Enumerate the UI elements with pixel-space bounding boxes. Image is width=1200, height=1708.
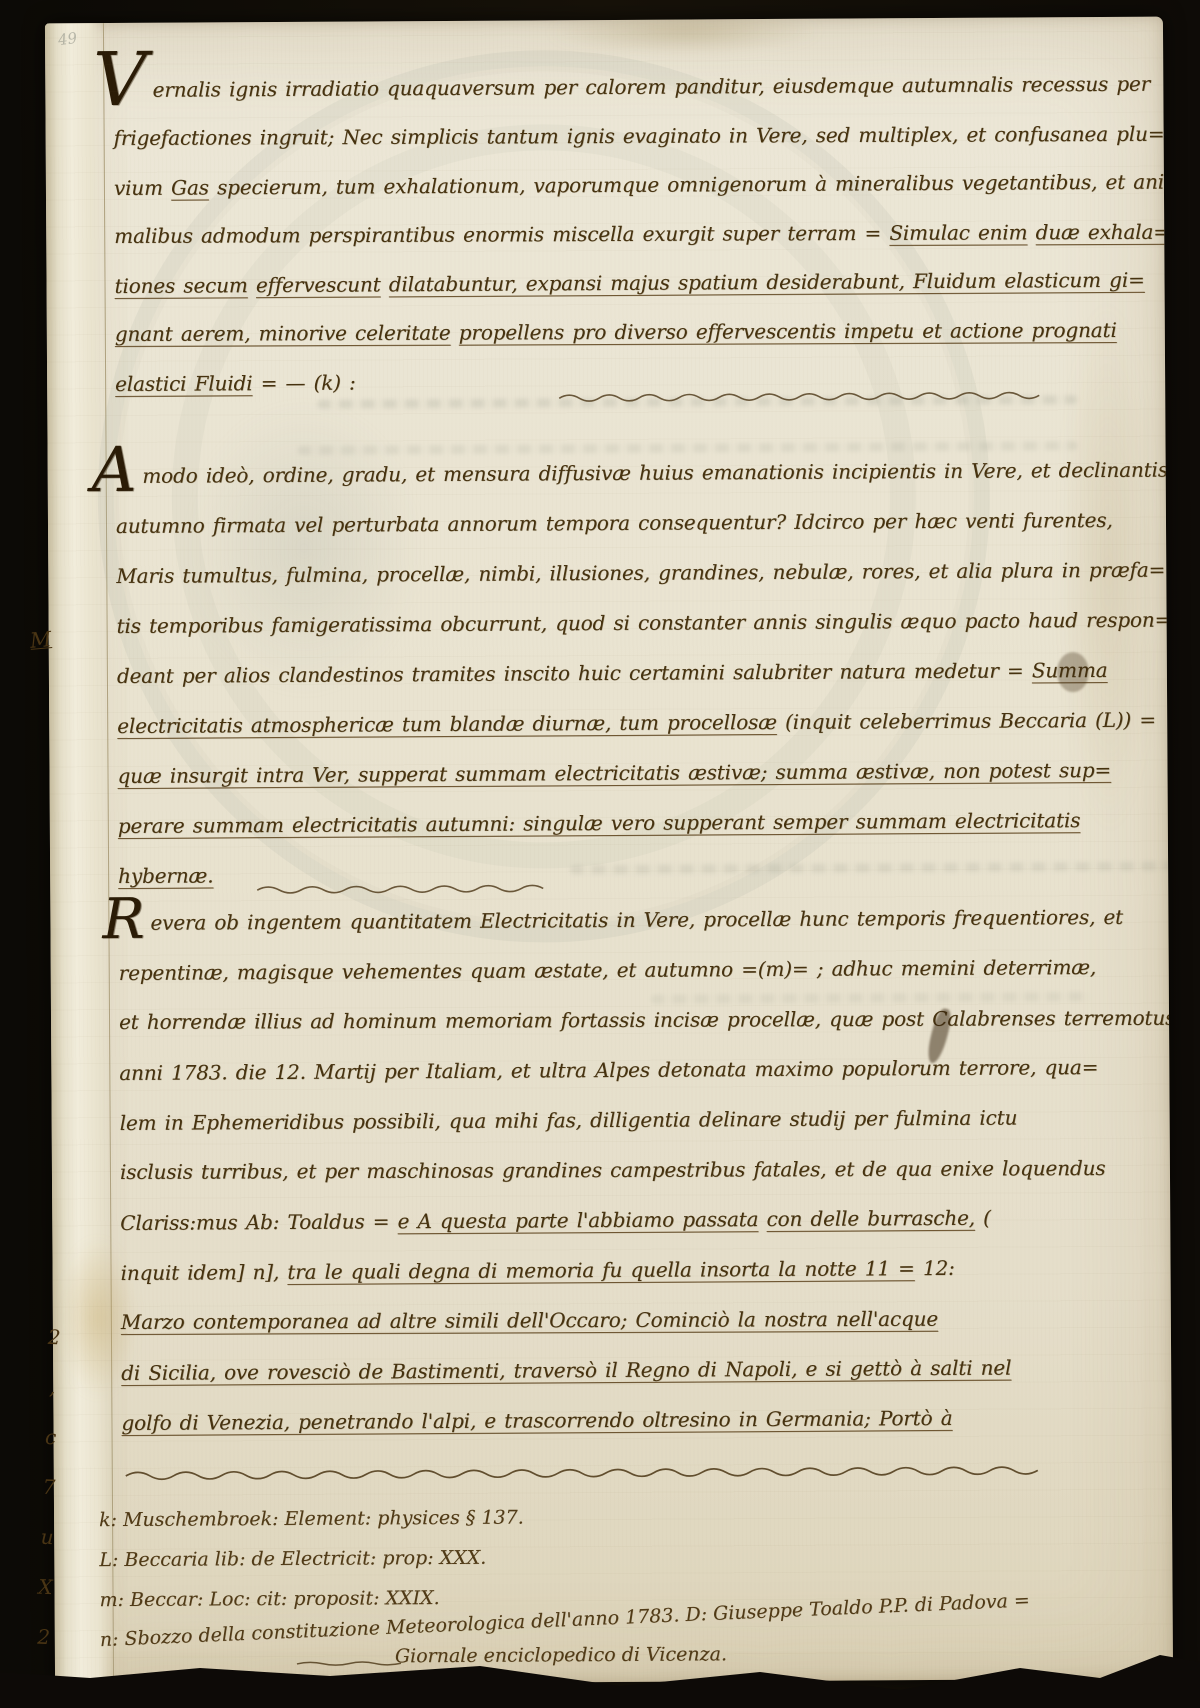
ink-blot (1057, 652, 1089, 692)
manuscript-line: lem in Ephemeridibus possibili, qua mihi… (119, 1092, 1099, 1148)
spine-mark: X (28, 1561, 64, 1612)
manuscript-scan: Vernalis ignis irradiatio quaquaversum p… (0, 0, 1200, 1708)
footnote-divider (124, 1459, 1054, 1481)
margin-letter: M (29, 627, 53, 653)
spine-mark: 2 (26, 1611, 62, 1662)
manuscript-line: deant per alios clandestinos tramites in… (117, 645, 1097, 701)
manuscript-line: Vernalis ignis irradiatio quaquaversum p… (113, 60, 1093, 115)
manuscript-page: Vernalis ignis irradiatio quaquaversum p… (45, 17, 1173, 1686)
manuscript-line: tis temporibus famigeratissima obcurrunt… (116, 595, 1096, 651)
spine-mark: , (35, 1361, 71, 1412)
paper-stain (545, 17, 825, 55)
manuscript-line: malibus admodum perspirantibus enormis m… (114, 208, 1094, 261)
spine-mark: c (33, 1411, 69, 1462)
footnote-line: L: Beccaria lib: de Electricit: prop: XX… (99, 1534, 1119, 1580)
paragraph-vernalis: Vernalis ignis irradiatio quaquaversum p… (113, 60, 1095, 409)
spine-mark: 7 (31, 1461, 67, 1512)
manuscript-line: tiones secum effervescunt dilatabuntur, … (114, 256, 1094, 311)
manuscript-line: quæ insurgit intra Ver, supperat summam … (117, 745, 1097, 801)
manuscript-line: golfo di Venezia, penetrando l'alpi, e t… (121, 1392, 1101, 1448)
manuscript-line: Clariss:mus Ab: Toaldus = e A questa par… (120, 1192, 1100, 1248)
pen-flourish (557, 385, 1047, 404)
manuscript-line: vium Gas specierum, tum exhalationum, va… (114, 158, 1094, 213)
spine-mark: 2 (36, 1312, 72, 1363)
spine-mark: u (29, 1511, 65, 1562)
manuscript-line: anni 1783. die 12. Martij per Italiam, e… (119, 1042, 1099, 1098)
manuscript-line: Marzo contemporanea ad altre simili dell… (121, 1293, 1101, 1347)
manuscript-line: Maris tumultus, fulmina, procellæ, nimbi… (116, 545, 1096, 601)
manuscript-line: electricitatis atmosphericæ tum blandæ d… (117, 695, 1097, 751)
manuscript-line: repentinæ, magisque vehementes quam æsta… (119, 942, 1099, 998)
footnotes: k: Muschembroek: Element: physices § 137… (99, 1494, 1120, 1678)
manuscript-line: isclusis turribus, et per maschinosas gr… (120, 1143, 1100, 1197)
pencil-folio-number: 49 (57, 29, 78, 49)
footnote-line: k: Muschembroek: Element: physices § 137… (99, 1494, 1119, 1540)
manuscript-line: perare summam electricitatis autumni: si… (118, 795, 1098, 851)
manuscript-line: autumno firmata vel perturbata annorum t… (116, 495, 1096, 551)
manuscript-line: gnant aerem, minorive celeritate propell… (115, 306, 1095, 359)
manuscript-line: inquit idem] n], tra le quali degna di m… (120, 1242, 1100, 1298)
manuscript-line: di Sicilia, ove rovesciò de Bastimenti, … (121, 1342, 1101, 1398)
manuscript-line: frigefactiones ingruit; Nec simplicis ta… (114, 110, 1094, 163)
pen-flourish (255, 878, 555, 896)
paragraph-revera: Revera ob ingentem quantitatem Electrici… (118, 892, 1101, 1448)
manuscript-line: Revera ob ingentem quantitatem Electrici… (118, 892, 1098, 948)
paragraph-amodo: Amodo ideò, ordine, gradu, et mensura di… (116, 445, 1099, 901)
manuscript-line: Amodo ideò, ordine, gradu, et mensura di… (116, 445, 1096, 501)
manuscript-line: et horrendæ illius ad hominum memoriam f… (119, 993, 1099, 1047)
